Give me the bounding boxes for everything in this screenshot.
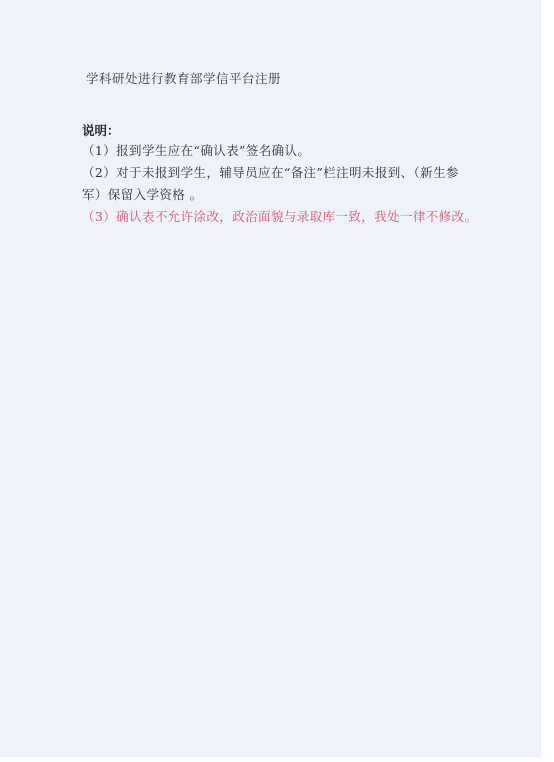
note-item-1: （1）报到学生应在“确认表”签名确认。 [82, 141, 310, 159]
note-item-2-line-1: （2）对于未报到学生，辅导员应在“备注”栏注明未报到、（新生参 [82, 163, 459, 181]
document-title: 学科研处进行教育部学信平台注册 [86, 69, 281, 87]
note-item-3-warning: （3）确认表不允许涂改，政治面貌与录取库一致，我处一律不修改。 [82, 207, 477, 225]
note-item-2-line-2: 军）保留入学资格 。 [82, 185, 202, 203]
document-page: 学科研处进行教育部学信平台注册 说明： （1）报到学生应在“确认表”签名确认。 … [0, 0, 541, 757]
notes-heading: 说明： [82, 121, 120, 139]
